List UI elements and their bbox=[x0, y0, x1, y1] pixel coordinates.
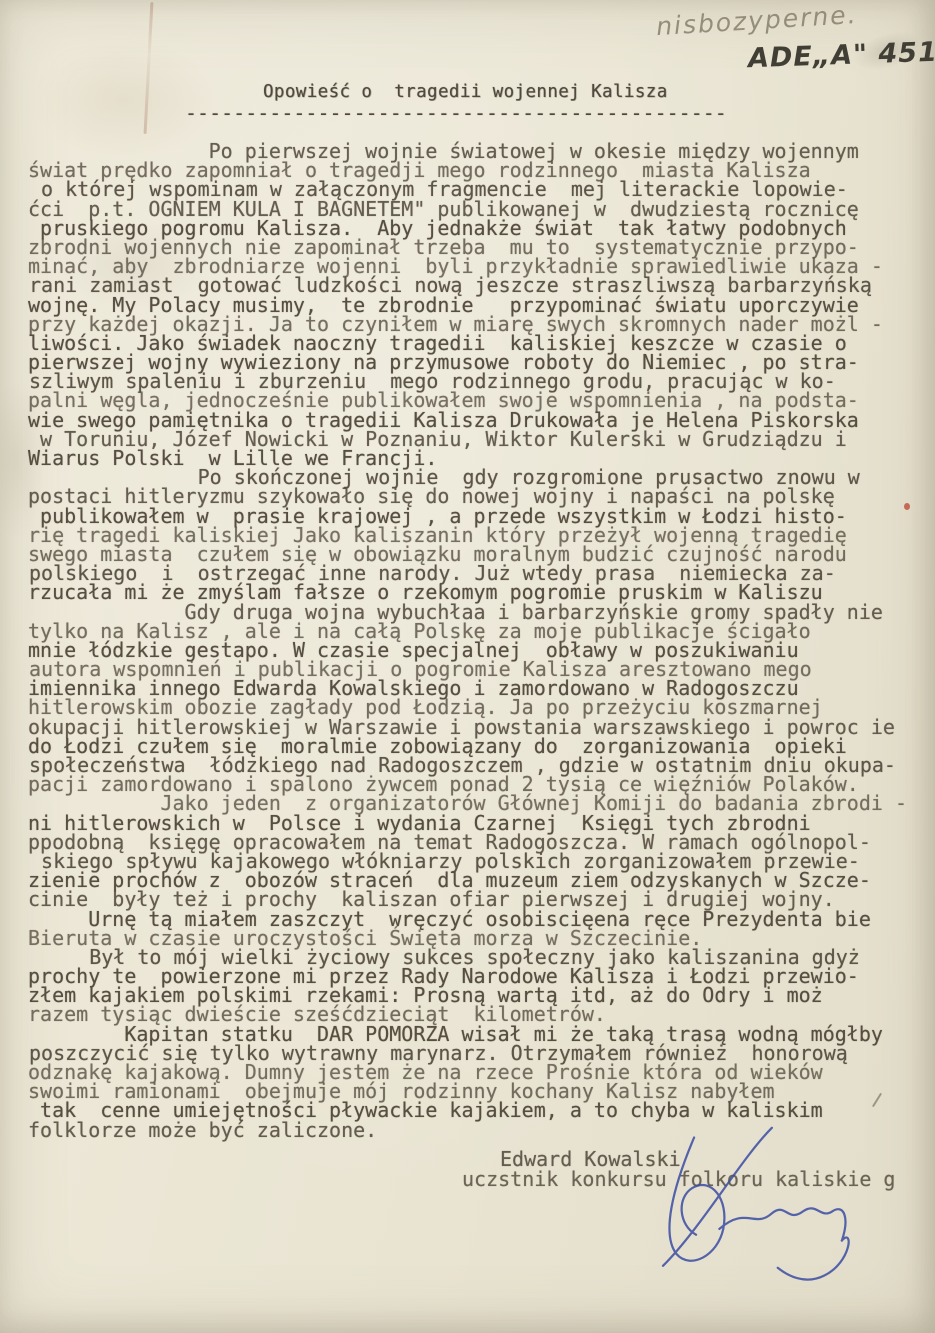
handwritten-signature bbox=[628, 1120, 873, 1295]
document-line: razem tysiąc dwieście sześćdzieciąt kilo… bbox=[28, 1005, 907, 1024]
scanned-document-page: nisbozyperne. ADE„A" 451 Opowieść o trag… bbox=[0, 0, 935, 1333]
pencil-annotation: nisbozyperne. bbox=[655, 0, 858, 41]
document-line: w Toruniu, Józef Nowicki w Poznaniu, Wik… bbox=[28, 430, 907, 449]
document-line: autora wspomnień i publikacji o pogromie… bbox=[29, 660, 908, 679]
document-line: okupacji hitlerowskiej w Warszawie i pow… bbox=[28, 718, 907, 737]
document-line: cinie były też i prochy kaliszan ofiar p… bbox=[28, 890, 907, 909]
document-line: rani zamiast gotować ludzkości nową jesz… bbox=[29, 276, 908, 295]
document-line: tylko na Kalisz , ale i na całą Polskę z… bbox=[28, 622, 907, 641]
document-line: skiego spływu kajakowego włókniarzy pols… bbox=[29, 852, 908, 871]
document-line: Jako jeden z organizatorów Głównej Komij… bbox=[28, 794, 907, 813]
document-line: postaci hitleryzmu szykowało się do nowe… bbox=[28, 487, 907, 506]
document-line: przy każdej okazji. Ja to czyniłem w mia… bbox=[28, 315, 907, 334]
document-body: Po pierwszej wojnie światowej w okesie m… bbox=[28, 142, 907, 1140]
document-line: ćci p.t. OGNIEM KULA I BAGNETEM" publiko… bbox=[28, 200, 907, 219]
red-edge-mark bbox=[144, 2, 154, 134]
document-line: polskiego i ostrzegać inne narody. Już w… bbox=[29, 564, 908, 583]
document-line: swoimi ramionami obejmuje mój rodzinny k… bbox=[28, 1082, 907, 1101]
document-line: Był to mój wielki życiowy sukces społecz… bbox=[29, 948, 908, 967]
title-underline: ----------------------------------------… bbox=[185, 101, 727, 125]
archive-reference-annotation: ADE„A" 451 bbox=[748, 37, 935, 75]
document-title: Opowieść o tragedii wojennej Kalisza bbox=[263, 82, 668, 102]
document-line: palni węgla, jednocześnie publikowałem s… bbox=[28, 391, 907, 410]
